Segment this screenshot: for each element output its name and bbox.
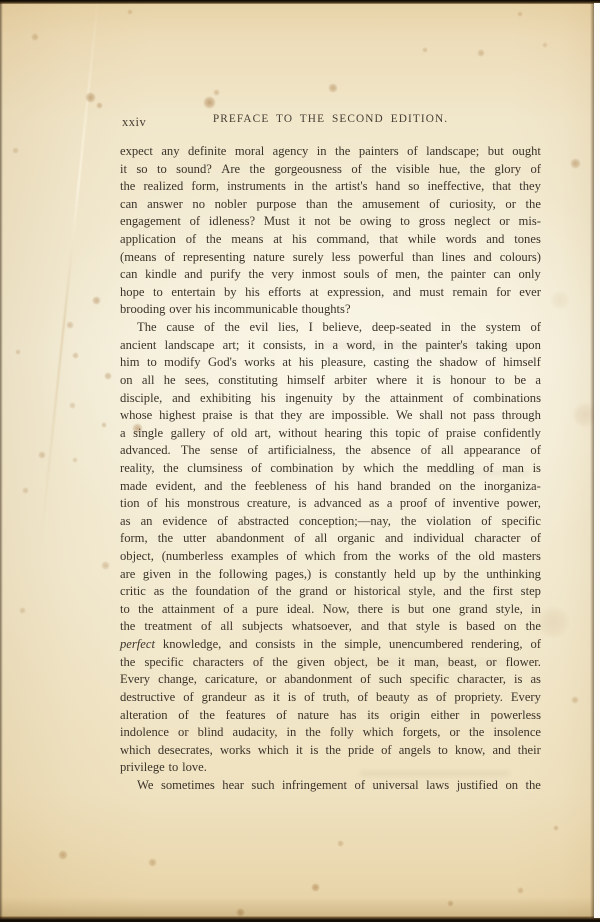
page-header: xxiv PREFACE TO THE SECOND EDITION. [120, 113, 541, 129]
text-line: disciple,andexhibitinghisingenuitybythea… [120, 390, 541, 408]
text-line: madeevident,andthefeeblenessofhishandbra… [120, 478, 541, 496]
text-line: thetreatmentofallsubjectswhatsoever,andt… [120, 618, 541, 636]
text-line: tionofhismonstrouscreature,isadvancedasa… [120, 495, 541, 513]
text-line: perfectknowledge,andconsistsinthesimple,… [120, 636, 541, 654]
text-line: thespecificcharactersofthegivenobject,be… [120, 654, 541, 672]
scanner-background-strip [594, 3, 600, 918]
running-title: PREFACE TO THE SECOND EDITION. [120, 113, 541, 125]
text-line: applicationofthemeansathiscommand,thatwh… [120, 231, 541, 249]
text-line: himtomodifyGod'sworksathispleasure,casti… [120, 354, 541, 372]
text-line: onallhesees,constitutinghimselfarbiterwh… [120, 372, 541, 390]
text-line: (meansofrepresentingnaturesurelylesspowe… [120, 249, 541, 267]
text-line: object,(numberlessexamplesofwhichfromthe… [120, 548, 541, 566]
text-line: Everychange,caricature,orabandonmentofsu… [120, 671, 541, 689]
scan-edge-left [0, 2, 3, 919]
text-line: asanevidenceofabstractedconception;—nay,… [120, 513, 541, 531]
italic-word: perfect [120, 636, 155, 654]
text-line: indolenceorblindaudacity,inthefollywhich… [120, 724, 541, 742]
text-line: destructiveofgrandeurasitisoftruth,ofbea… [120, 689, 541, 707]
text-line: itsotosound?Arethegorgeousnessofthevisib… [120, 161, 541, 179]
text-line: Wesometimeshearsuchinfringementofunivers… [120, 777, 541, 795]
text-line: therealizedform,instrumentsintheartist's… [120, 178, 541, 196]
text-line: whichdesecrates,workswhichitistheprideof… [120, 742, 541, 760]
text-line: whosehighestpraiseisthattheyareimpossibl… [120, 407, 541, 425]
text-line: privilegetolove. [120, 759, 541, 777]
text-line: form,theutterabandonmentofallorganicandi… [120, 530, 541, 548]
text-line: Thecauseoftheevillies,Ibelieve,deep-seat… [120, 319, 541, 337]
scan-edge-top [0, 0, 600, 4]
text-line: reality,theclumsinessofcombinationbywhic… [120, 460, 541, 478]
text-line: engagementofidleness?Mustitnotbeowingtog… [120, 213, 541, 231]
text-line: alterationofthefeaturesofnaturehasitsori… [120, 707, 541, 725]
text-line: criticasthefoundationofthegrandorhistori… [120, 583, 541, 601]
text-line: totheattainmentofapureideal.Now,thereisb… [120, 601, 541, 619]
text-line: ancientlandscapeart;itconsists,inaword,i… [120, 337, 541, 355]
text-line: cankindleandpurifytheveryinmostsoulsofme… [120, 266, 541, 284]
text-line: broodingoverhisincommunicablethoughts? [120, 301, 541, 319]
text-line: cananswernonoblerpurposethantheamusement… [120, 196, 541, 214]
text-line: asinglegalleryofoldart,withouthearingthi… [120, 425, 541, 443]
text-line: aregiveninthefollowingpages,)isconstantl… [120, 566, 541, 584]
page-body: expectanydefinitemoralagencyinthepainter… [120, 143, 541, 795]
text-line: advanced.Thesenseofartificialness,theabs… [120, 442, 541, 460]
scan-shadow-bottom [0, 897, 594, 917]
scan-edge-bottom [0, 916, 600, 922]
text-line: expectanydefinitemoralagencyinthepainter… [120, 143, 541, 161]
text-line: hopetoentertainbyhiseffortsatexpression,… [120, 284, 541, 302]
